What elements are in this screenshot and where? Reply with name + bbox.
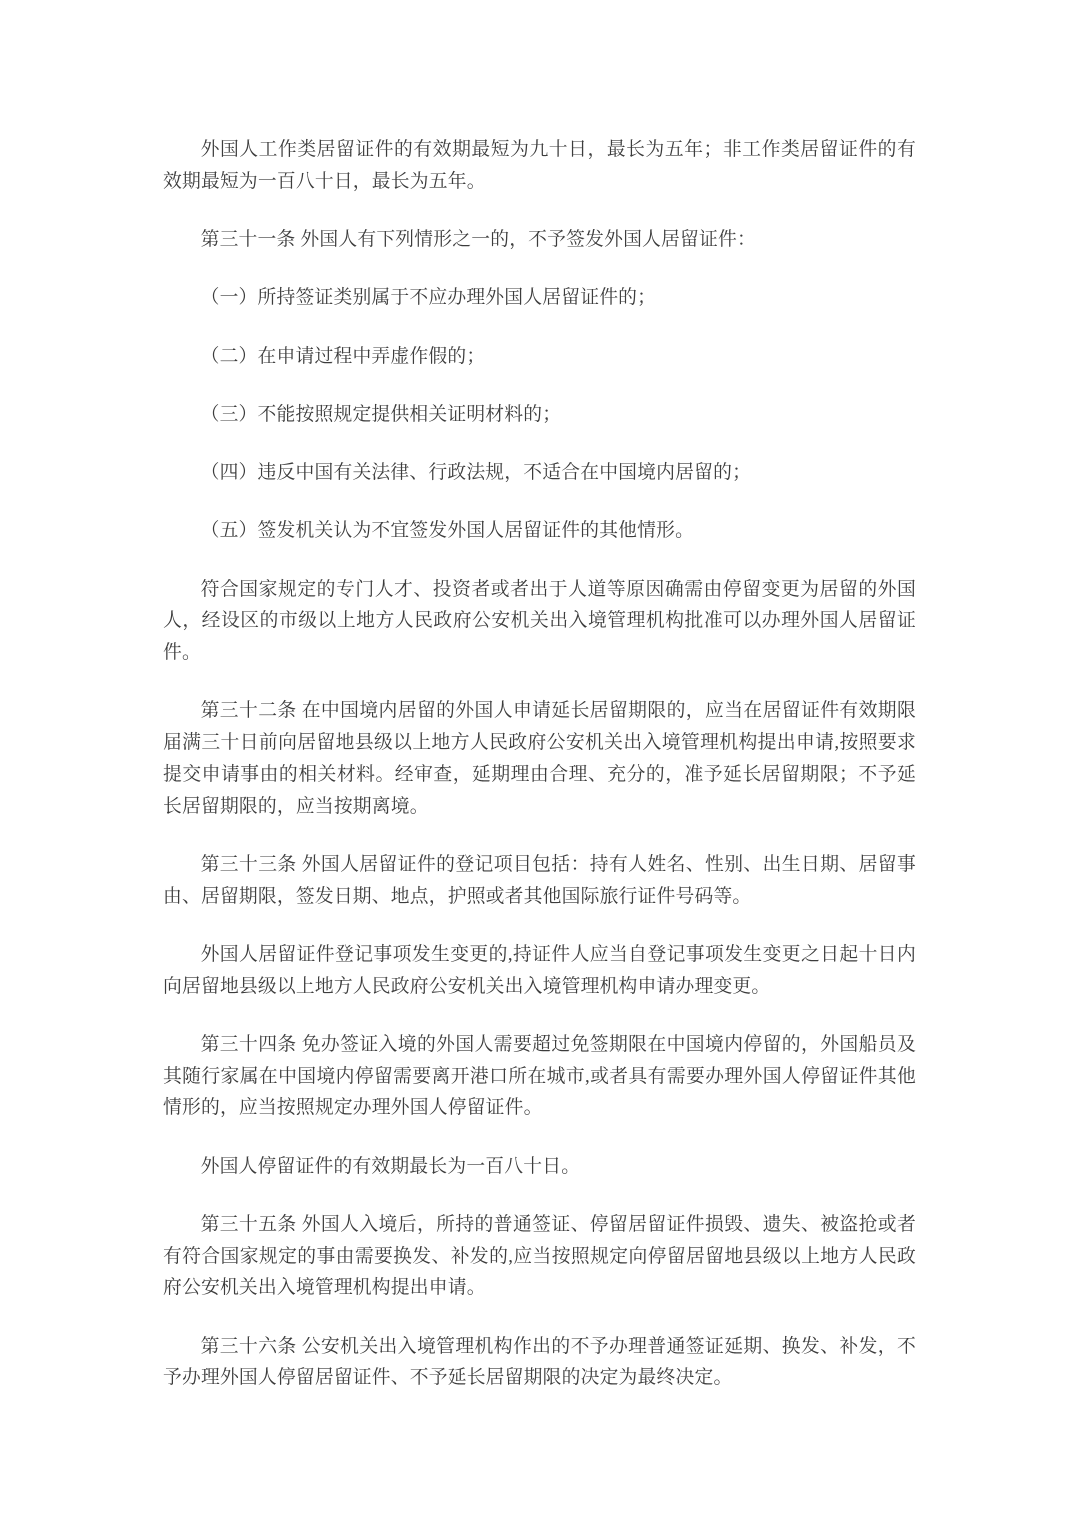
- paragraph: 外国人停留证件的有效期最长为一百八十日。: [163, 1151, 916, 1183]
- document-page: 外国人工作类居留证件的有效期最短为九十日，最长为五年；非工作类居留证件的有效期最…: [0, 0, 1074, 1520]
- paragraph: （三）不能按照规定提供相关证明材料的；: [163, 399, 916, 431]
- paragraph: （五）签发机关认为不宜签发外国人居留证件的其他情形。: [163, 515, 916, 547]
- paragraph: 第三十六条 公安机关出入境管理机构作出的不予办理普通签证延期、换发、补发，不予办…: [163, 1331, 916, 1394]
- paragraph: （二）在申请过程中弄虚作假的；: [163, 341, 916, 373]
- paragraph: 外国人工作类居留证件的有效期最短为九十日，最长为五年；非工作类居留证件的有效期最…: [163, 134, 916, 197]
- paragraph: 符合国家规定的专门人才、投资者或者出于人道等原因确需由停留变更为居留的外国人，经…: [163, 574, 916, 669]
- paragraph: 第三十二条 在中国境内居留的外国人申请延长居留期限的，应当在居留证件有效期限届满…: [163, 695, 916, 822]
- paragraph: 第三十一条 外国人有下列情形之一的，不予签发外国人居留证件：: [163, 224, 916, 256]
- paragraph: （四）违反中国有关法律、行政法规，不适合在中国境内居留的；: [163, 457, 916, 489]
- paragraph: 第三十三条 外国人居留证件的登记项目包括：持有人姓名、性别、出生日期、居留事由、…: [163, 849, 916, 912]
- paragraphs-container: 外国人工作类居留证件的有效期最短为九十日，最长为五年；非工作类居留证件的有效期最…: [163, 134, 916, 1394]
- paragraph: 第三十五条 外国人入境后，所持的普通签证、停留居留证件损毁、遗失、被盗抢或者有符…: [163, 1209, 916, 1304]
- paragraph: 第三十四条 免办签证入境的外国人需要超过免签期限在中国境内停留的，外国船员及其随…: [163, 1029, 916, 1124]
- document-body: 外国人工作类居留证件的有效期最短为九十日，最长为五年；非工作类居留证件的有效期最…: [163, 0, 916, 1394]
- paragraph: （一）所持签证类别属于不应办理外国人居留证件的；: [163, 282, 916, 314]
- paragraph: 外国人居留证件登记事项发生变更的,持证件人应当自登记事项发生变更之日起十日内向居…: [163, 939, 916, 1002]
